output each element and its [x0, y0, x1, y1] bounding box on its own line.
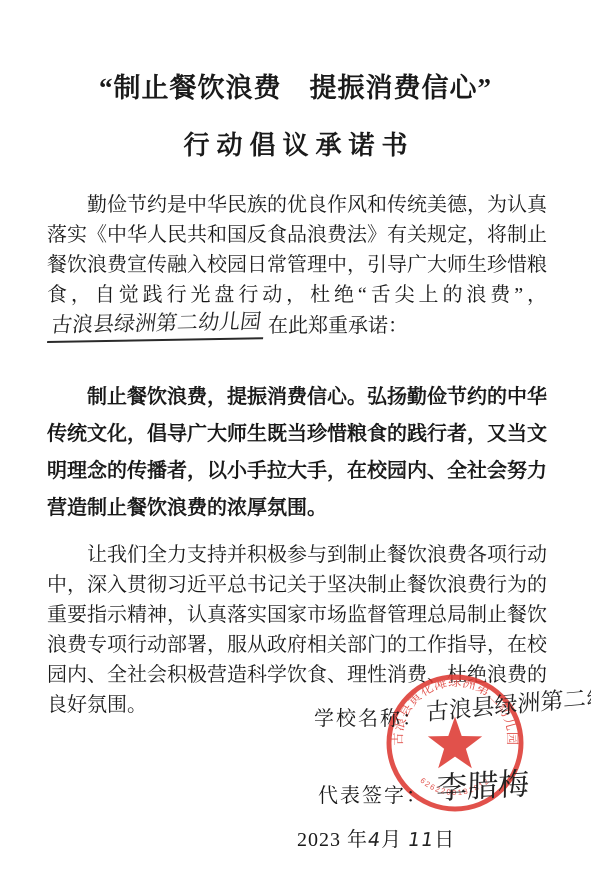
paragraph-pledge: 制止餐饮浪费，提振消费信心。弘扬勤俭节约的中华传统文化，倡导广大师生既当珍惜粮食… — [47, 379, 547, 527]
pledge-document-page: “制止餐饮浪费 提振消费信心” 行动倡议承诺书 勤俭节约是中华民族的优良作风和传… — [0, 0, 591, 886]
title-line2: 行动倡议承诺书 — [0, 125, 591, 162]
school-name-label: 学校名称： — [314, 708, 424, 730]
date-day-suffix: 日 — [434, 829, 455, 851]
paragraph-intro: 勤俭节约是中华民族的优良作风和传统美德，为认真落实《中华人民共和国反食品浪费法》… — [47, 190, 547, 343]
handwritten-school-name-blank: 古浪县绿洲第二幼儿园 — [47, 306, 267, 343]
date-row: 2023 年4月 11日 — [297, 823, 455, 852]
paragraph-intro-text: 勤俭节约是中华民族的优良作风和传统美德，为认真落实《中华人民共和国反食品浪费法》… — [47, 194, 547, 306]
document-title: “制止餐饮浪费 提振消费信心” 行动倡议承诺书 — [0, 66, 591, 162]
handwritten-day: 11 — [406, 829, 436, 851]
paragraph-intro-tail: 在此郑重承诺： — [263, 315, 408, 337]
title-line1: “制止餐饮浪费 提振消费信心” — [0, 66, 591, 105]
handwritten-signature: 李腊梅 — [436, 758, 530, 808]
representative-row: 代表签字：李腊梅 — [318, 766, 529, 811]
date-month-suffix: 月 — [381, 829, 408, 851]
date-year: 2023 年 — [297, 829, 368, 851]
representative-label: 代表签字： — [318, 785, 428, 807]
school-name-row: 学校名称：古浪县绿洲第二幼儿园 — [314, 699, 591, 732]
document-body: 勤俭节约是中华民族的优良作风和传统美德，为认真落实《中华人民共和国反食品浪费法》… — [47, 190, 547, 756]
